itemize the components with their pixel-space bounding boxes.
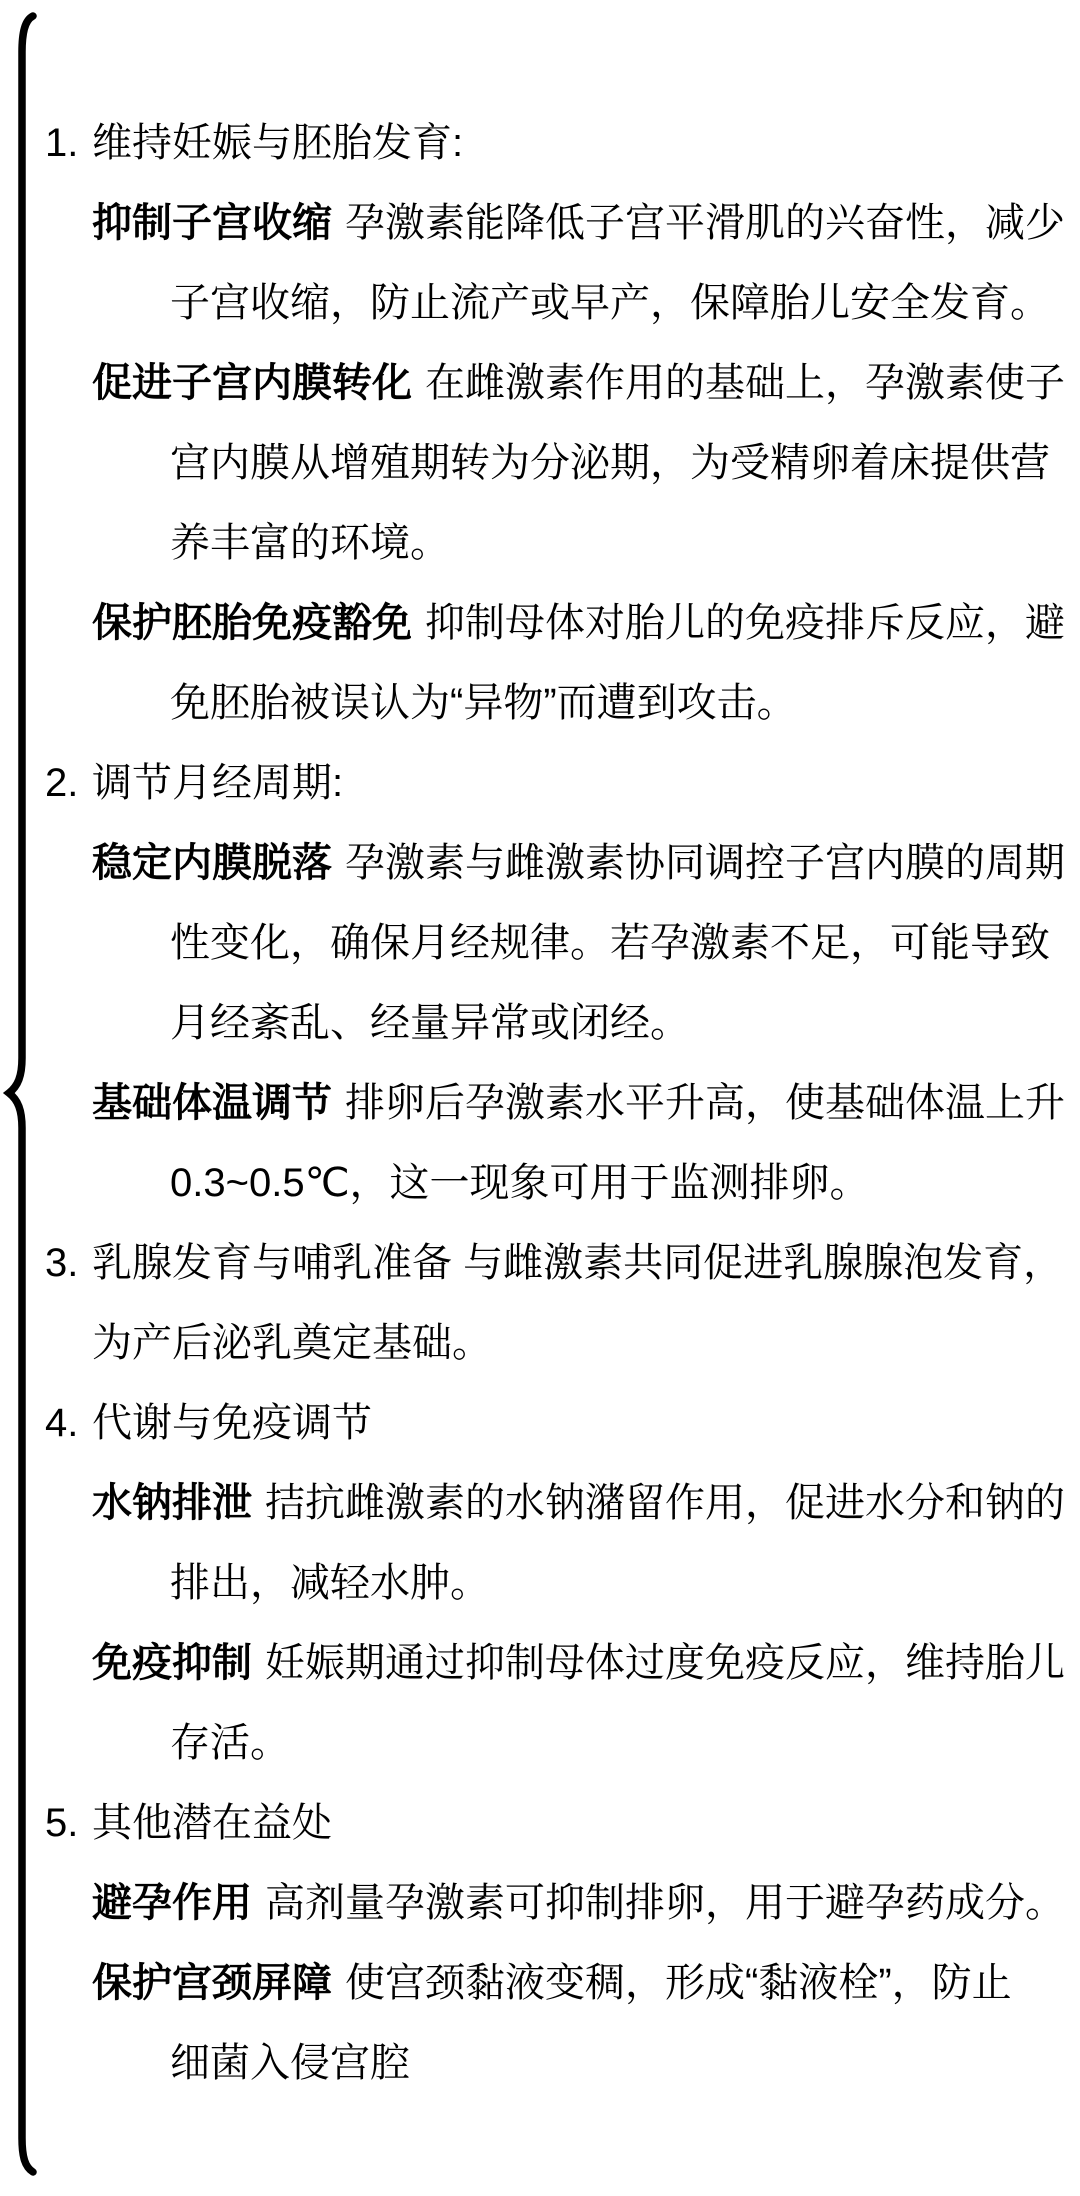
sub-item-text: 拮抗雌激素的水钠潴留作用，促进水分和钠的 — [265, 1481, 1065, 1525]
sub-item-text: 高剂量孕激素可抑制排卵，用于避孕药成分。 — [265, 1881, 1065, 1925]
continuation-line: 排出，减轻水肿。 — [0, 1543, 1080, 1623]
continuation-line: 养丰富的环境。 — [0, 503, 1080, 583]
item-text: 乳腺发育与哺乳准备 与雌激素共同促进乳腺腺泡发育， — [92, 1241, 1063, 1285]
sub-item-heading: 保护宫颈屏障 — [92, 1961, 332, 2005]
sub-item-text: 孕激素与雌激素协同调控子宫内膜的周期 — [345, 841, 1065, 885]
sub-item-heading: 免疫抑制 — [92, 1641, 252, 1685]
list-item-4: 4.代谢与免疫调节 — [0, 1383, 1080, 1463]
item-text: 调节月经周期: — [92, 761, 343, 805]
continuation-line: 免胚胎被误认为“异物”而遭到攻击。 — [0, 663, 1080, 743]
sub-item-text: 排卵后孕激素水平升高，使基础体温上升 — [345, 1081, 1065, 1125]
sub-item-heading: 稳定内膜脱落 — [92, 841, 332, 885]
item-text: 其他潜在益处 — [92, 1801, 332, 1845]
continuation-line: 为产后泌乳奠定基础。 — [0, 1303, 1080, 1383]
sub-item-text: 孕激素能降低子宫平滑肌的兴奋性，减少 — [345, 201, 1065, 245]
sub-item-heading: 促进子宫内膜转化 — [92, 361, 412, 405]
continuation-line: 存活。 — [0, 1703, 1080, 1783]
continuation-line: 月经紊乱、经量异常或闭经。 — [0, 983, 1080, 1063]
sub-item-heading: 基础体温调节 — [92, 1081, 332, 1125]
sub-item-text: 妊娠期通过抑制母体过度免疫反应，维持胎儿 — [265, 1641, 1065, 1685]
item-text: 维持妊娠与胚胎发育: — [92, 121, 463, 165]
continuation-line: 细菌入侵宫腔 — [0, 2023, 1080, 2103]
sub-item: 保护胚胎免疫豁免抑制母体对胎儿的免疫排斥反应，避 — [0, 583, 1080, 663]
sub-item: 免疫抑制妊娠期通过抑制母体过度免疫反应，维持胎儿 — [0, 1623, 1080, 1703]
sub-item-heading: 保护胚胎免疫豁免 — [92, 601, 412, 645]
item-number: 4. — [45, 1383, 92, 1463]
item-text: 代谢与免疫调节 — [92, 1401, 372, 1445]
item-number: 2. — [45, 743, 92, 823]
sub-item: 保护宫颈屏障使宫颈黏液变稠，形成“黏液栓”，防止 — [0, 1943, 1080, 2023]
sub-item: 基础体温调节排卵后孕激素水平升高，使基础体温上升 — [0, 1063, 1080, 1143]
list-item-5: 5.其他潜在益处 — [0, 1783, 1080, 1863]
item-number: 5. — [45, 1783, 92, 1863]
notes-body: 1.维持妊娠与胚胎发育: 抑制子宫收缩孕激素能降低子宫平滑肌的兴奋性，减少 子宫… — [0, 103, 1080, 2103]
sub-item-text: 在雌激素作用的基础上，孕激素使子 — [425, 361, 1065, 405]
sub-item-heading: 水钠排泄 — [92, 1481, 252, 1525]
sub-item: 稳定内膜脱落孕激素与雌激素协同调控子宫内膜的周期 — [0, 823, 1080, 903]
sub-item-heading: 避孕作用 — [92, 1881, 252, 1925]
item-number: 1. — [45, 103, 92, 183]
continuation-line: 子宫收缩，防止流产或早产，保障胎儿安全发育。 — [0, 263, 1080, 343]
sub-item-text: 使宫颈黏液变稠，形成“黏液栓”，防止 — [345, 1961, 1012, 2005]
sub-item-heading: 抑制子宫收缩 — [92, 201, 332, 245]
continuation-line: 宫内膜从增殖期转为分泌期，为受精卵着床提供营 — [0, 423, 1080, 503]
sub-item: 水钠排泄拮抗雌激素的水钠潴留作用，促进水分和钠的 — [0, 1463, 1080, 1543]
list-item-1: 1.维持妊娠与胚胎发育: — [0, 103, 1080, 183]
list-item-2: 2.调节月经周期: — [0, 743, 1080, 823]
continuation-line: 性变化，确保月经规律。若孕激素不足，可能导致 — [0, 903, 1080, 983]
sub-item-text: 抑制母体对胎儿的免疫排斥反应，避 — [425, 601, 1065, 645]
list-item-3: 3.乳腺发育与哺乳准备 与雌激素共同促进乳腺腺泡发育， — [0, 1223, 1080, 1303]
item-number: 3. — [45, 1223, 92, 1303]
sub-item: 抑制子宫收缩孕激素能降低子宫平滑肌的兴奋性，减少 — [0, 183, 1080, 263]
sub-item: 促进子宫内膜转化在雌激素作用的基础上，孕激素使子 — [0, 343, 1080, 423]
sub-item: 避孕作用高剂量孕激素可抑制排卵，用于避孕药成分。 — [0, 1863, 1080, 1943]
continuation-line: 0.3~0.5℃，这一现象可用于监测排卵。 — [0, 1143, 1080, 1223]
